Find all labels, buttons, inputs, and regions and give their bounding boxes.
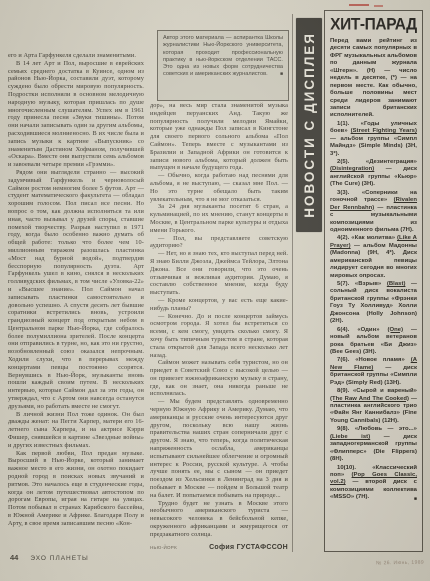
item-rank: 4(2). xyxy=(337,235,349,241)
magazine-page: его и Арта Гарфункеля сделали знаменитым… xyxy=(0,0,430,581)
item-title-ru: «Новое пламя» xyxy=(355,357,405,363)
paragraph: В личной жизни Пол тоже одинок. Он был д… xyxy=(8,411,144,450)
end-square-mark: ■ xyxy=(280,72,283,77)
paragraph: — Нет, но я знаю тех, кто выступал перед… xyxy=(150,250,288,297)
issue-info: № 26. Июнь, 1989 xyxy=(376,560,424,567)
hit-parade-intro: Перед вами рейтинг из десяти самых попул… xyxy=(330,38,417,120)
hit-parade-item: 8(9). «Сырой и вареный» (The Raw And The… xyxy=(330,388,417,425)
paragraph: — Конечно. До и после концертов займусь … xyxy=(150,313,288,360)
hit-parade-box: ХИТ-ПАРАД Перед вами рейтинг из десяти с… xyxy=(324,10,423,552)
item-title-en: (Blast) xyxy=(387,281,406,287)
item-description: — сольный диск вокалиста британской груп… xyxy=(330,281,417,324)
paragraph: его и Арта Гарфункеля сделали знаменитым… xyxy=(8,52,144,60)
item-title-en: (Liebe ist) xyxy=(330,434,370,440)
paragraph: дор», на весь мир стала знаменитой музык… xyxy=(150,102,288,172)
paragraph: Саймон может называть себя туристом, но … xyxy=(150,359,288,398)
page-number: 44 xyxy=(10,553,18,562)
paragraph: — Мы будем представлять одновременно чер… xyxy=(150,398,288,499)
item-title-en: (The Raw And The Cooked) xyxy=(330,396,409,402)
hit-parade-item: 9(8). «Любовь — это...» (Liebe ist) — ди… xyxy=(330,426,417,463)
byline: Нью-Йорк София ГУСТАФССОН xyxy=(150,544,288,551)
paragraph: Как первой любви, Пол предан музыке. Выр… xyxy=(8,450,144,528)
paragraph: — Кроме концертов, у вас есть еще какие-… xyxy=(150,297,288,313)
hit-parade-item: 7(6). «Новое пламя» (A New Flame) — диск… xyxy=(330,357,417,387)
hit-parade-item: 5(7). «Взрыв» (Blast) — сольный диск вок… xyxy=(330,281,417,326)
byline-author: София ГУСТАФССОН xyxy=(209,544,288,551)
item-title-ru: «Один» xyxy=(357,327,379,333)
item-rank: 10(10). xyxy=(337,465,356,471)
item-title-ru: «Как молитва» xyxy=(351,235,395,241)
item-rank: 3(3). xyxy=(337,190,349,196)
hit-parade-item: 1(1). «Годы уличных боев» (Street Fighti… xyxy=(330,121,417,158)
hit-parade-item: 3(3). «Соперники на гоночной трассе» (Ri… xyxy=(330,190,417,235)
item-title-en: (Street Fighting Years) xyxy=(351,128,417,134)
author-note-box: Автор этого материала — аспирантка Школы… xyxy=(157,30,289,101)
hit-parade-item: 2(5). «Дезинтеграция» (Disintegration) —… xyxy=(330,159,417,189)
section-banner: НОВОСТИ С ДИСПЛЕЯ xyxy=(296,18,322,232)
article-column-1: его и Арта Гарфункеля сделали знаменитым… xyxy=(8,52,144,542)
print-registration-mark xyxy=(349,4,369,6)
hit-parade-item: 6(4). «Один» (One) — новый альбом ветера… xyxy=(330,327,417,357)
paragraph: Рядом они выглядели странно — высокий за… xyxy=(8,169,144,411)
paragraph: В 14 лет Арт и Пол, выросшие в еврейских… xyxy=(8,60,144,169)
author-note-text: Автор этого материала — аспирантка Школы… xyxy=(163,35,283,77)
item-rank: 1(1). xyxy=(337,121,349,127)
item-rank: 8(9). xyxy=(337,388,349,394)
item-rank: 5(7). xyxy=(337,281,349,287)
item-rank: 9(8). xyxy=(337,426,349,432)
section-banner-label: НОВОСТИ С ДИСПЛЕЯ xyxy=(302,32,317,218)
item-title-ru: «Сырой и вареный» xyxy=(353,388,417,394)
hit-parade-title: ХИТ-ПАРАД xyxy=(330,15,417,34)
article-column-2: дор», на весь мир стала знаменитой музык… xyxy=(150,102,288,542)
hit-parade-item: 4(2). «Как молитва» (Like A Prayer) — ал… xyxy=(330,235,417,280)
byline-city: Нью-Йорк xyxy=(150,545,177,550)
item-title-ru: «Любовь — это...» xyxy=(355,426,417,432)
item-rank: 2(5). xyxy=(337,159,349,165)
paragraph: Трудно будет не узнать в Москве этого не… xyxy=(150,500,288,539)
item-title-ru: «Взрыв» xyxy=(355,281,381,287)
item-rank: 6(4). xyxy=(337,327,349,333)
magazine-title: ЭХО ПЛАНЕТЫ xyxy=(30,555,88,562)
item-title-en: (One) xyxy=(387,327,403,333)
paragraph: — Обычно, когда работаю над песнями для … xyxy=(150,172,288,203)
hit-parade-text: Перед вами рейтинг из десяти самых попул… xyxy=(330,38,417,502)
item-description: — альбом группы «Симпл Майндз» (Simple M… xyxy=(330,136,417,157)
item-title-en: (Disintegration) xyxy=(330,166,374,172)
paragraph: За 24 дня музыканты посетят 6 стран, а к… xyxy=(150,203,288,234)
footer-left: 44 ЭХО ПЛАНЕТЫ xyxy=(10,553,89,562)
item-rank: 7(6). xyxy=(337,357,349,363)
item-title-ru: «Дезинтеграция» xyxy=(366,159,417,165)
paragraph: — Пол, вы представляете советскую аудито… xyxy=(150,235,288,251)
print-registration-mark xyxy=(374,5,383,7)
column-separator-rule xyxy=(292,14,293,552)
